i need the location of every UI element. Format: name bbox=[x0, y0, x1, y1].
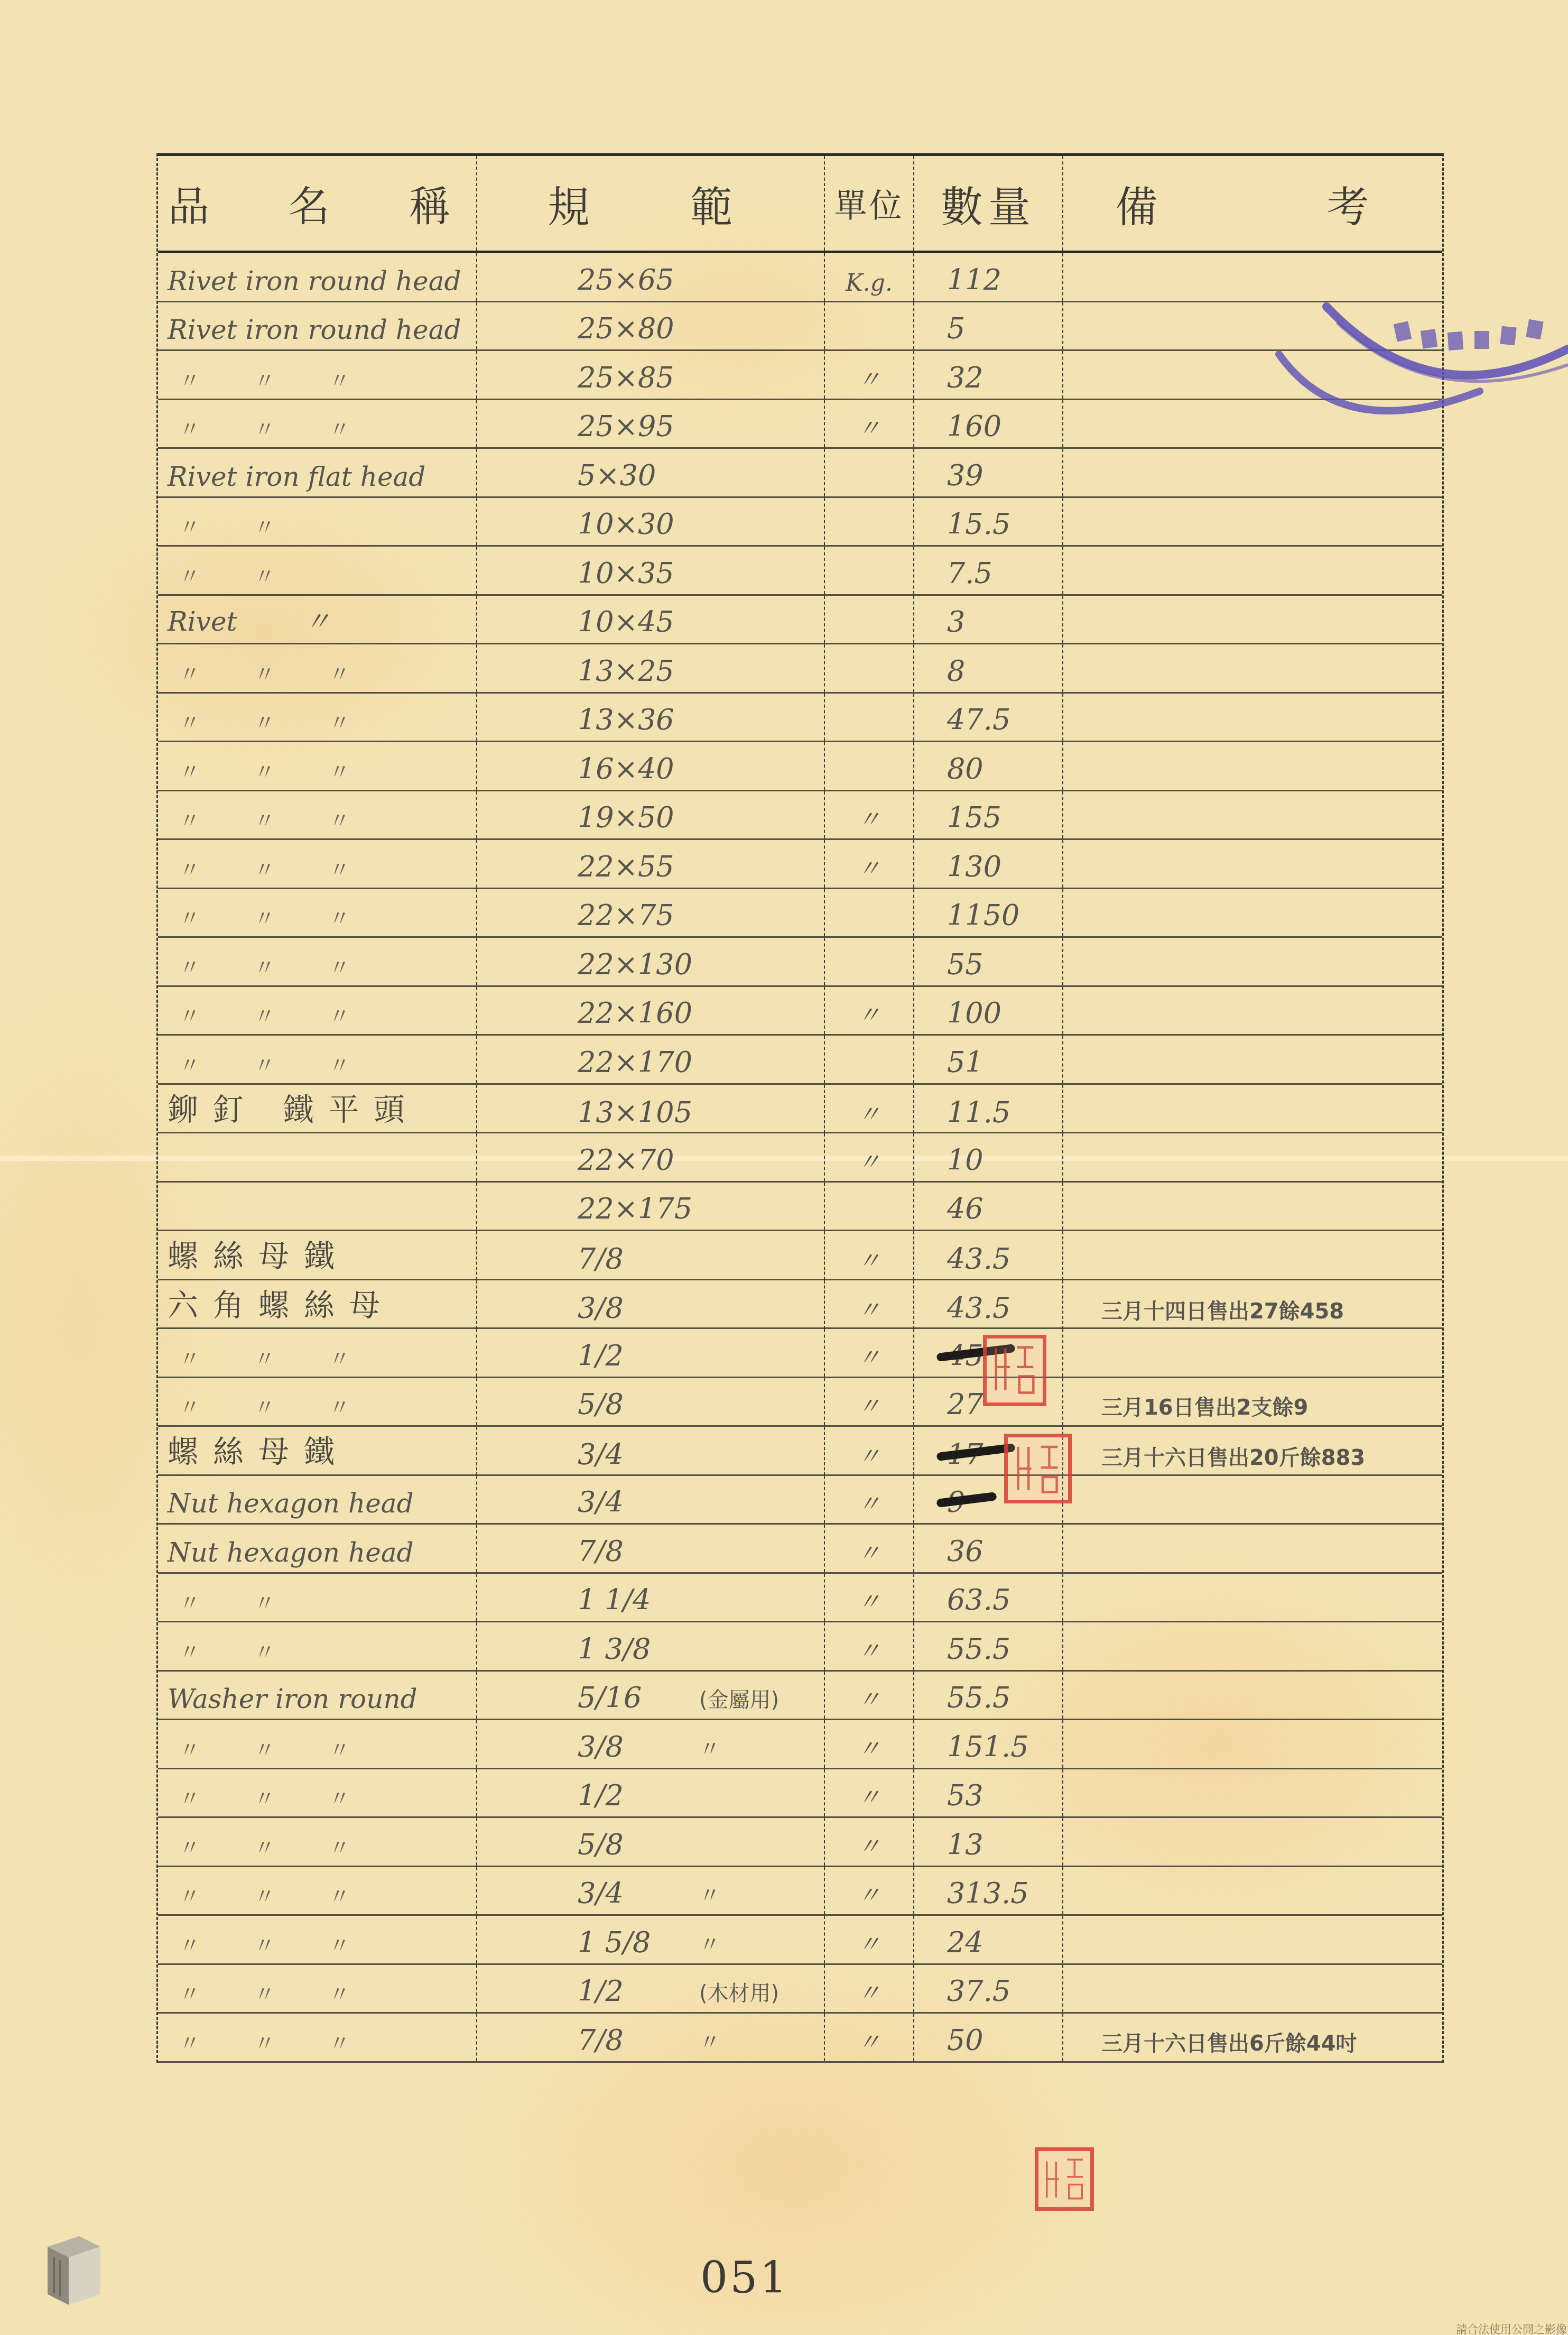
header-remarks: 備考 bbox=[1063, 156, 1442, 251]
item-name: Rivet 〃 bbox=[158, 596, 477, 643]
spec-cell: 5×30 bbox=[477, 449, 825, 496]
page-number: 051 bbox=[700, 2253, 790, 2303]
quantity-cell: 160 bbox=[914, 400, 1063, 448]
spec-value: 22×55 bbox=[578, 850, 674, 883]
header-quantity: 數量 bbox=[914, 156, 1063, 251]
item-name: Nut hexagon head bbox=[158, 1476, 477, 1524]
quantity-cell: 55.5 bbox=[914, 1672, 1063, 1719]
spec-value: 7/8 bbox=[578, 1242, 624, 1276]
quantity: 13 bbox=[947, 1828, 984, 1861]
item-name: 〃 〃 〃 bbox=[158, 1916, 477, 1963]
table-row: 〃 〃 〃1 5/8〃〃24 bbox=[158, 1916, 1442, 1965]
quantity: 3 bbox=[947, 605, 965, 639]
quantity: 5 bbox=[947, 312, 965, 345]
quantity: 53 bbox=[947, 1779, 984, 1812]
spec-value: 1 1/4 bbox=[578, 1583, 651, 1617]
remark bbox=[1063, 1672, 1442, 1719]
quantity: 27 bbox=[947, 1388, 984, 1421]
spec-cell: 1/2 bbox=[477, 1329, 825, 1377]
quantity-cell: 47.5 bbox=[914, 694, 1063, 741]
spec-value: 13×105 bbox=[578, 1096, 692, 1129]
remark bbox=[1063, 889, 1442, 937]
table-row: 〃 〃 〃1/2〃45 bbox=[158, 1329, 1442, 1378]
spec-note: (金屬用) bbox=[699, 1683, 779, 1713]
unit: 〃 bbox=[825, 1574, 914, 1621]
table-row: Rivet iron round head25×805 bbox=[158, 302, 1442, 352]
quantity-cell: 43.5 bbox=[914, 1280, 1063, 1329]
unit: 〃 bbox=[825, 1769, 914, 1817]
table-row: 〃 〃 〃25×85〃32 bbox=[158, 351, 1442, 400]
spec-cell: 13×36 bbox=[477, 694, 825, 741]
spec-cell: 1/2(木材用) bbox=[477, 1965, 825, 2013]
quantity: 160 bbox=[947, 410, 1001, 443]
inventory-table: 品名稱 規範 單位 數量 備考 Rivet iron round head25×… bbox=[156, 153, 1444, 2063]
spec-cell: 7/8 bbox=[477, 1525, 825, 1572]
item-name: Rivet iron flat head bbox=[158, 449, 477, 496]
remark: 三月16日售出2支餘9 bbox=[1063, 1378, 1442, 1426]
spec-value: 3/8 bbox=[578, 1291, 624, 1325]
spec-cell: 22×130 bbox=[477, 938, 825, 985]
remark bbox=[1063, 1867, 1442, 1915]
spec-cell: 7/8 bbox=[477, 1231, 825, 1280]
quantity-cell: 36 bbox=[914, 1525, 1063, 1572]
unit: 〃 bbox=[825, 351, 914, 399]
spec-value: 1 5/8 bbox=[578, 1926, 651, 1959]
item-name: 〃 〃 〃 bbox=[158, 987, 477, 1035]
spec-cell: 22×70 bbox=[477, 1133, 825, 1181]
quantity-cell: 39 bbox=[914, 449, 1063, 496]
remark bbox=[1063, 1329, 1442, 1377]
quantity: 24 bbox=[947, 1926, 984, 1959]
quantity: 51 bbox=[947, 1046, 984, 1079]
table-row: 〃 〃1 3/8〃55.5 bbox=[158, 1622, 1442, 1672]
table-row: 〃 〃 〃22×160〃100 bbox=[158, 987, 1442, 1036]
item-name: 〃 〃 〃 bbox=[158, 1720, 477, 1768]
table-row: 〃 〃 〃19×50〃155 bbox=[158, 791, 1442, 841]
table-row: Rivet 〃10×453 bbox=[158, 596, 1442, 645]
remark bbox=[1063, 1476, 1442, 1524]
quantity-cell: 37.5 bbox=[914, 1965, 1063, 2013]
spec-cell: 1 3/8 bbox=[477, 1622, 825, 1670]
spec-value: 1/2 bbox=[578, 1779, 624, 1812]
quantity: 7.5 bbox=[947, 557, 992, 590]
remark bbox=[1063, 1622, 1442, 1670]
quantity-cell: 51 bbox=[914, 1036, 1063, 1083]
unit: 〃 bbox=[825, 1476, 914, 1524]
item-name: 〃 〃 〃 bbox=[158, 644, 477, 692]
purple-stamp bbox=[1258, 285, 1568, 423]
red-seal bbox=[1035, 2147, 1094, 2211]
unit: 〃 bbox=[825, 1672, 914, 1719]
item-name: 〃 〃 〃 bbox=[158, 742, 477, 790]
quantity-cell: 46 bbox=[914, 1183, 1063, 1230]
table-row: Rivet iron round head25×65K.g.112 bbox=[158, 253, 1442, 302]
item-name: 螺絲母鐵 bbox=[158, 1427, 477, 1475]
item-name: 〃 〃 〃 bbox=[158, 1769, 477, 1817]
quantity: 55.5 bbox=[947, 1681, 1010, 1714]
unit: 〃 bbox=[825, 1085, 914, 1133]
table-row: 〃 〃1 1/4〃63.5 bbox=[158, 1574, 1442, 1623]
item-name: 〃 〃 〃 bbox=[158, 1036, 477, 1083]
remark bbox=[1063, 1231, 1442, 1280]
quantity-cell: 53 bbox=[914, 1769, 1063, 1817]
unit: 〃 bbox=[825, 1622, 914, 1670]
item-name: 六角螺絲母 bbox=[158, 1280, 477, 1329]
spec-cell: 13×25 bbox=[477, 644, 825, 692]
table-row: Washer iron round5/16(金屬用)〃55.5 bbox=[158, 1672, 1442, 1721]
quantity: 15.5 bbox=[947, 507, 1010, 541]
remark bbox=[1063, 1525, 1442, 1572]
item-name: 〃 〃 bbox=[158, 498, 477, 546]
quantity: 155 bbox=[947, 801, 1001, 834]
spec-cell: 5/8 bbox=[477, 1378, 825, 1426]
spec-value: 22×70 bbox=[578, 1143, 674, 1177]
unit: 〃 bbox=[825, 1133, 914, 1181]
remark bbox=[1063, 644, 1442, 692]
spec-cell: 22×160 bbox=[477, 987, 825, 1035]
table-row: 〃 〃 〃1/2(木材用)〃37.5 bbox=[158, 1965, 1442, 2014]
spec-value: 5×30 bbox=[578, 459, 656, 492]
remark bbox=[1063, 596, 1442, 643]
quantity: 39 bbox=[947, 459, 984, 492]
quantity-cell: 112 bbox=[914, 253, 1063, 301]
spec-value: 13×25 bbox=[578, 654, 674, 688]
spec-value: 10×30 bbox=[578, 507, 674, 541]
table-row: 〃 〃 〃25×95〃160 bbox=[158, 400, 1442, 449]
quantity-cell: 313.5 bbox=[914, 1867, 1063, 1915]
quantity: 43.5 bbox=[947, 1242, 1010, 1276]
table-row: 螺絲母鐵7/8〃43.5 bbox=[158, 1231, 1442, 1280]
quantity-cell: 24 bbox=[914, 1916, 1063, 1963]
item-name: 〃 〃 〃 bbox=[158, 2014, 477, 2061]
spec-value: 7/8 bbox=[578, 2024, 624, 2057]
spec-value: 25×80 bbox=[578, 312, 674, 345]
quantity-cell: 13 bbox=[914, 1818, 1063, 1866]
quantity-crossed-out: 45 bbox=[947, 1339, 984, 1372]
quantity-cell: 15.5 bbox=[914, 498, 1063, 546]
spec-cell: 22×175 bbox=[477, 1183, 825, 1230]
quantity: 112 bbox=[947, 263, 1001, 297]
spec-cell: 5/16(金屬用) bbox=[477, 1672, 825, 1719]
quantity-cell: 43.5 bbox=[914, 1231, 1063, 1280]
item-name: 〃 〃 〃 bbox=[158, 1867, 477, 1915]
quantity-crossed-out: 17 bbox=[947, 1438, 984, 1471]
quantity-cell: 10 bbox=[914, 1133, 1063, 1181]
table-header: 品名稱 規範 單位 數量 備考 bbox=[158, 153, 1442, 253]
spec-value: 19×50 bbox=[578, 801, 674, 834]
unit: 〃 bbox=[825, 1916, 914, 1963]
unit: 〃 bbox=[825, 840, 914, 888]
quantity: 63.5 bbox=[947, 1583, 1010, 1617]
spec-cell: 25×80 bbox=[477, 302, 825, 350]
spec-value: 22×160 bbox=[578, 996, 692, 1030]
item-name: 〃 〃 〃 bbox=[158, 840, 477, 888]
unit: K.g. bbox=[825, 253, 914, 301]
red-seal bbox=[983, 1335, 1046, 1406]
header-item-name: 品名稱 bbox=[158, 156, 477, 251]
unit bbox=[825, 449, 914, 496]
quantity: 36 bbox=[947, 1535, 984, 1568]
quantity-cell: 32 bbox=[914, 351, 1063, 399]
quantity: 50 bbox=[947, 2024, 984, 2057]
spec-cell: 22×170 bbox=[477, 1036, 825, 1083]
item-name: 〃 〃 〃 bbox=[158, 694, 477, 741]
table-row: 六角螺絲母3/8〃43.5三月十四日售出27餘458 bbox=[158, 1280, 1442, 1330]
remark bbox=[1063, 1183, 1442, 1230]
remark: 三月十六日售出20斤餘883 bbox=[1063, 1427, 1442, 1475]
quantity: 32 bbox=[947, 361, 984, 394]
remark bbox=[1063, 547, 1442, 594]
remark bbox=[1063, 1036, 1442, 1083]
remark bbox=[1063, 1720, 1442, 1768]
spec-cell: 1 1/4 bbox=[477, 1574, 825, 1621]
quantity-cell: 5 bbox=[914, 302, 1063, 350]
item-name: Nut hexagon head bbox=[158, 1525, 477, 1572]
quantity: 80 bbox=[947, 752, 984, 786]
spec-cell: 3/4〃 bbox=[477, 1867, 825, 1915]
unit bbox=[825, 547, 914, 594]
remark: 三月十四日售出27餘458 bbox=[1063, 1280, 1442, 1329]
quantity: 55.5 bbox=[947, 1632, 1010, 1666]
unit: 〃 bbox=[825, 2014, 914, 2061]
item-name: 〃 〃 〃 bbox=[158, 351, 477, 399]
unit: 〃 bbox=[825, 1280, 914, 1329]
spec-cell: 10×45 bbox=[477, 596, 825, 643]
quantity: 47.5 bbox=[947, 703, 1010, 736]
table-row: 〃 〃 〃5/8〃13 bbox=[158, 1818, 1442, 1867]
unit bbox=[825, 1183, 914, 1230]
spec-note: 〃 bbox=[699, 1732, 720, 1762]
remark bbox=[1063, 694, 1442, 741]
item-name: 〃 〃 〃 bbox=[158, 938, 477, 985]
spec-cell: 3/4 bbox=[477, 1427, 825, 1475]
quantity: 43.5 bbox=[947, 1291, 1010, 1325]
item-name: 〃 〃 bbox=[158, 1574, 477, 1621]
item-name: 〃 〃 bbox=[158, 547, 477, 594]
remark bbox=[1063, 742, 1442, 790]
spec-cell: 13×105 bbox=[477, 1085, 825, 1133]
spec-value: 10×45 bbox=[578, 605, 674, 639]
spec-value: 22×175 bbox=[578, 1192, 692, 1225]
item-name bbox=[158, 1133, 477, 1181]
unit: 〃 bbox=[825, 1329, 914, 1377]
unit bbox=[825, 889, 914, 937]
table-row: 〃 〃 〃7/8〃〃50三月十六日售出6斤餘44吋 bbox=[158, 2014, 1442, 2063]
unit: 〃 bbox=[825, 1427, 914, 1475]
remark bbox=[1063, 1769, 1442, 1817]
header-spec: 規範 bbox=[477, 156, 825, 251]
spec-note: (木材用) bbox=[699, 1977, 779, 2007]
unit: 〃 bbox=[825, 791, 914, 839]
spec-value: 3/4 bbox=[578, 1485, 624, 1519]
quantity-cell: 55 bbox=[914, 938, 1063, 985]
unit: 〃 bbox=[825, 1378, 914, 1426]
table-row: 22×70〃10 bbox=[158, 1133, 1442, 1183]
spec-note: 〃 bbox=[699, 1928, 720, 1958]
item-name: 〃 〃 〃 bbox=[158, 791, 477, 839]
unit: 〃 bbox=[825, 1525, 914, 1572]
spec-value: 5/8 bbox=[578, 1388, 624, 1421]
quantity: 100 bbox=[947, 996, 1001, 1030]
quantity-cell: 3 bbox=[914, 596, 1063, 643]
quantity: 8 bbox=[947, 654, 965, 688]
item-name: 〃 〃 〃 bbox=[158, 1378, 477, 1426]
spec-note: 〃 bbox=[699, 2026, 720, 2056]
quantity-crossed-out: 9 bbox=[947, 1485, 965, 1519]
item-name: 〃 〃 〃 bbox=[158, 1965, 477, 2013]
spec-cell: 19×50 bbox=[477, 791, 825, 839]
spec-value: 25×95 bbox=[578, 410, 674, 443]
remark bbox=[1063, 1085, 1442, 1133]
spec-cell: 10×35 bbox=[477, 547, 825, 594]
spec-cell: 3/8 bbox=[477, 1280, 825, 1329]
remark bbox=[1063, 1965, 1442, 2013]
table-row: Nut hexagon head7/8〃36 bbox=[158, 1525, 1442, 1574]
quantity-cell: 11.5 bbox=[914, 1085, 1063, 1133]
spec-value: 22×75 bbox=[578, 899, 674, 932]
remark bbox=[1063, 1916, 1442, 1963]
spec-note: 〃 bbox=[699, 1879, 720, 1909]
remark bbox=[1063, 987, 1442, 1035]
spec-cell: 25×65 bbox=[477, 253, 825, 301]
unit bbox=[825, 596, 914, 643]
spec-value: 1 3/8 bbox=[578, 1632, 651, 1666]
quantity-cell: 55.5 bbox=[914, 1622, 1063, 1670]
table-row: 鉚釘 鐵平頭13×105〃11.5 bbox=[158, 1085, 1442, 1134]
spec-value: 1/2 bbox=[578, 1339, 624, 1372]
item-name: 〃 〃 〃 bbox=[158, 889, 477, 937]
unit bbox=[825, 644, 914, 692]
table-row: Rivet iron flat head5×3039 bbox=[158, 449, 1442, 498]
red-seal bbox=[1004, 1434, 1072, 1503]
spec-value: 3/8 bbox=[578, 1730, 624, 1764]
spec-value: 3/4 bbox=[578, 1877, 624, 1910]
spec-cell: 25×85 bbox=[477, 351, 825, 399]
quantity-cell: 1150 bbox=[914, 889, 1063, 937]
table-row: 〃 〃 〃22×55〃130 bbox=[158, 840, 1442, 889]
spec-cell: 22×55 bbox=[477, 840, 825, 888]
remark bbox=[1063, 938, 1442, 985]
unit bbox=[825, 742, 914, 790]
table-row: 〃 〃 〃13×258 bbox=[158, 644, 1442, 694]
spec-value: 25×65 bbox=[578, 263, 674, 297]
spec-cell: 3/8〃 bbox=[477, 1720, 825, 1768]
spec-cell: 3/4 bbox=[477, 1476, 825, 1524]
remark bbox=[1063, 1574, 1442, 1621]
unit bbox=[825, 694, 914, 741]
quantity-cell: 130 bbox=[914, 840, 1063, 888]
item-name: 〃 〃 〃 bbox=[158, 400, 477, 448]
spec-cell: 16×40 bbox=[477, 742, 825, 790]
spec-cell: 10×30 bbox=[477, 498, 825, 546]
spec-cell: 1/2 bbox=[477, 1769, 825, 1817]
quantity-cell: 8 bbox=[914, 644, 1063, 692]
spec-value: 25×85 bbox=[578, 361, 674, 394]
table-row: 22×17546 bbox=[158, 1183, 1442, 1232]
item-name: 〃 〃 bbox=[158, 1622, 477, 1670]
table-row: 〃 〃10×3015.5 bbox=[158, 498, 1442, 547]
item-name: Washer iron round bbox=[158, 1672, 477, 1719]
remark bbox=[1063, 449, 1442, 496]
unit: 〃 bbox=[825, 1965, 914, 2013]
quantity: 11.5 bbox=[947, 1096, 1010, 1129]
spec-cell: 5/8 bbox=[477, 1818, 825, 1866]
quantity: 313.5 bbox=[947, 1877, 1029, 1910]
watermark: 請合法使用公開之影像 bbox=[1456, 2321, 1567, 2335]
item-name: 鉚釘 鐵平頭 bbox=[158, 1085, 477, 1133]
remark bbox=[1063, 498, 1442, 546]
spec-value: 5/8 bbox=[578, 1828, 624, 1861]
table-row: 〃 〃 〃3/4〃〃313.5 bbox=[158, 1867, 1442, 1916]
quantity-cell: 63.5 bbox=[914, 1574, 1063, 1621]
quantity-cell: 151.5 bbox=[914, 1720, 1063, 1768]
header-unit: 單位 bbox=[825, 156, 914, 251]
quantity-cell: 50 bbox=[914, 2014, 1063, 2061]
spec-cell: 22×75 bbox=[477, 889, 825, 937]
table-row: 〃 〃 〃16×4080 bbox=[158, 742, 1442, 791]
spec-value: 13×36 bbox=[578, 703, 674, 736]
quantity: 151.5 bbox=[947, 1730, 1029, 1764]
remark bbox=[1063, 791, 1442, 839]
spec-value: 22×170 bbox=[578, 1046, 692, 1079]
item-name: 〃 〃 〃 bbox=[158, 1329, 477, 1377]
quantity: 1150 bbox=[947, 899, 1019, 932]
table-row: 〃 〃 〃5/8〃27三月16日售出2支餘9 bbox=[158, 1378, 1442, 1427]
table-row: Nut hexagon head3/4〃9 bbox=[158, 1476, 1442, 1525]
spec-value: 10×35 bbox=[578, 557, 674, 590]
unit bbox=[825, 1036, 914, 1083]
item-name: Rivet iron round head bbox=[158, 302, 477, 350]
quantity-cell: 100 bbox=[914, 987, 1063, 1035]
table-row: 〃 〃 〃22×751150 bbox=[158, 889, 1442, 938]
item-name: 螺絲母鐵 bbox=[158, 1231, 477, 1280]
unit bbox=[825, 938, 914, 985]
table-row: 螺絲母鐵3/4〃17三月十六日售出20斤餘883 bbox=[158, 1427, 1442, 1476]
table-row: 〃 〃 〃22×17051 bbox=[158, 1036, 1442, 1085]
unit: 〃 bbox=[825, 400, 914, 448]
quantity: 46 bbox=[947, 1192, 984, 1225]
table-row: 〃 〃 〃1/2〃53 bbox=[158, 1769, 1442, 1819]
unit: 〃 bbox=[825, 987, 914, 1035]
remark bbox=[1063, 840, 1442, 888]
remark bbox=[1063, 1133, 1442, 1181]
quantity-cell: 80 bbox=[914, 742, 1063, 790]
remark bbox=[1063, 1818, 1442, 1866]
quantity-cell: 155 bbox=[914, 791, 1063, 839]
quantity: 130 bbox=[947, 850, 1001, 883]
table-row: 〃 〃 〃13×3647.5 bbox=[158, 694, 1442, 743]
item-name: 〃 〃 〃 bbox=[158, 1818, 477, 1866]
unit: 〃 bbox=[825, 1720, 914, 1768]
spec-value: 1/2 bbox=[578, 1974, 624, 2008]
remark: 三月十六日售出6斤餘44吋 bbox=[1063, 2014, 1442, 2061]
quantity: 37.5 bbox=[947, 1974, 1010, 2008]
spec-cell: 1 5/8〃 bbox=[477, 1916, 825, 1963]
spec-cell: 7/8〃 bbox=[477, 2014, 825, 2061]
spec-cell: 25×95 bbox=[477, 400, 825, 448]
quantity: 55 bbox=[947, 948, 984, 981]
unit bbox=[825, 302, 914, 350]
table-row: 〃 〃 〃3/8〃〃151.5 bbox=[158, 1720, 1442, 1769]
spec-value: 22×130 bbox=[578, 948, 692, 981]
spec-value: 5/16 bbox=[578, 1681, 642, 1714]
table-row: 〃 〃10×357.5 bbox=[158, 547, 1442, 596]
unit: 〃 bbox=[825, 1818, 914, 1866]
unit bbox=[825, 498, 914, 546]
item-name: Rivet iron round head bbox=[158, 253, 477, 301]
spec-value: 16×40 bbox=[578, 752, 674, 786]
quantity: 10 bbox=[947, 1143, 984, 1177]
